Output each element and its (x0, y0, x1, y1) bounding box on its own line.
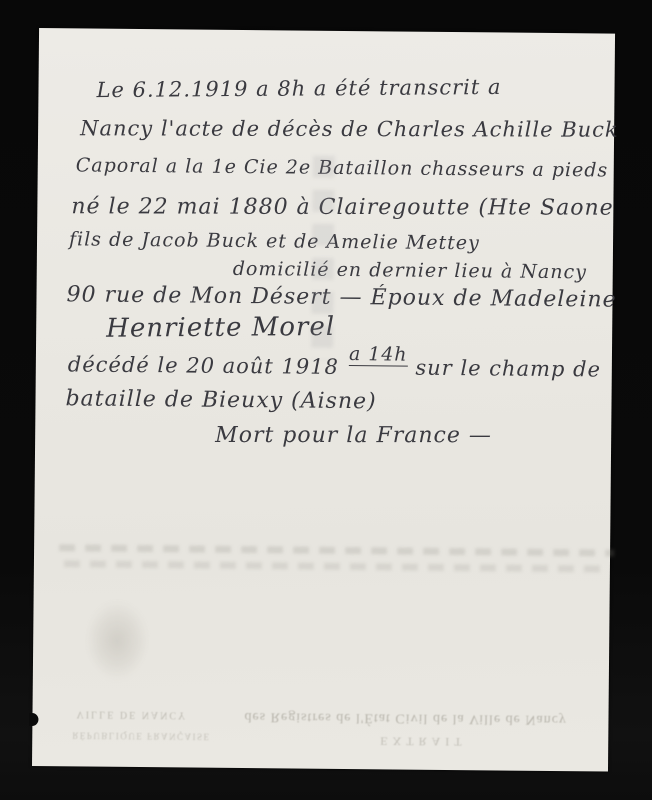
show-through-smudge (59, 544, 614, 556)
show-through-print: EXTRAIT (380, 733, 466, 749)
handwriting-line: 90 rue de Mon Désert — Époux de Madelein… (66, 283, 616, 312)
handwriting-line: né le 22 mai 1880 à Clairegoutte (Hte Sa… (71, 195, 613, 221)
handwriting-line: fils de Jacob Buck et de Amelie Mettey (69, 229, 480, 254)
photo-background: Le 6.12.1919 a 8h a été transcrit a Nanc… (0, 0, 652, 800)
handwriting-line: Caporal a la 1e Cie 2e Bataillon chasseu… (76, 155, 609, 181)
paper-edge-notch (29, 713, 38, 726)
handwriting-line-mort-pour-la-france: Mort pour la France — (215, 424, 492, 448)
show-through-smudge (64, 560, 609, 572)
handwriting-interlinear-insertion: a 14h (349, 344, 408, 366)
show-through-print: RÉPUBLIQUE FRANÇAISE (72, 730, 210, 741)
handwriting-line-name: Henriette Morel (106, 313, 335, 343)
handwriting-line: bataille de Bieuxy (Aisne) (65, 387, 376, 414)
show-through-print: VILLE DE NANCY (76, 708, 187, 720)
handwriting-line-segment: sur le champ de (415, 356, 601, 382)
watermark-smudge (311, 156, 335, 361)
handwriting-line: décédé le 20 août 1918a 14hsur le champ … (68, 353, 601, 382)
handwriting-line: Nancy l'acte de décès de Charles Achille… (80, 117, 619, 142)
handwriting-line-segment: décédé le 20 août 1918 (68, 352, 339, 379)
handwriting-line: domicilié en dernier lieu à Nancy (233, 259, 587, 283)
handwriting-line: Le 6.12.1919 a 8h a été transcrit a (96, 76, 501, 102)
embossed-seal (85, 601, 150, 682)
show-through-print: des Registres de l'État Civil de la Vill… (244, 708, 567, 727)
document-page: Le 6.12.1919 a 8h a été transcrit a Nanc… (32, 28, 615, 771)
